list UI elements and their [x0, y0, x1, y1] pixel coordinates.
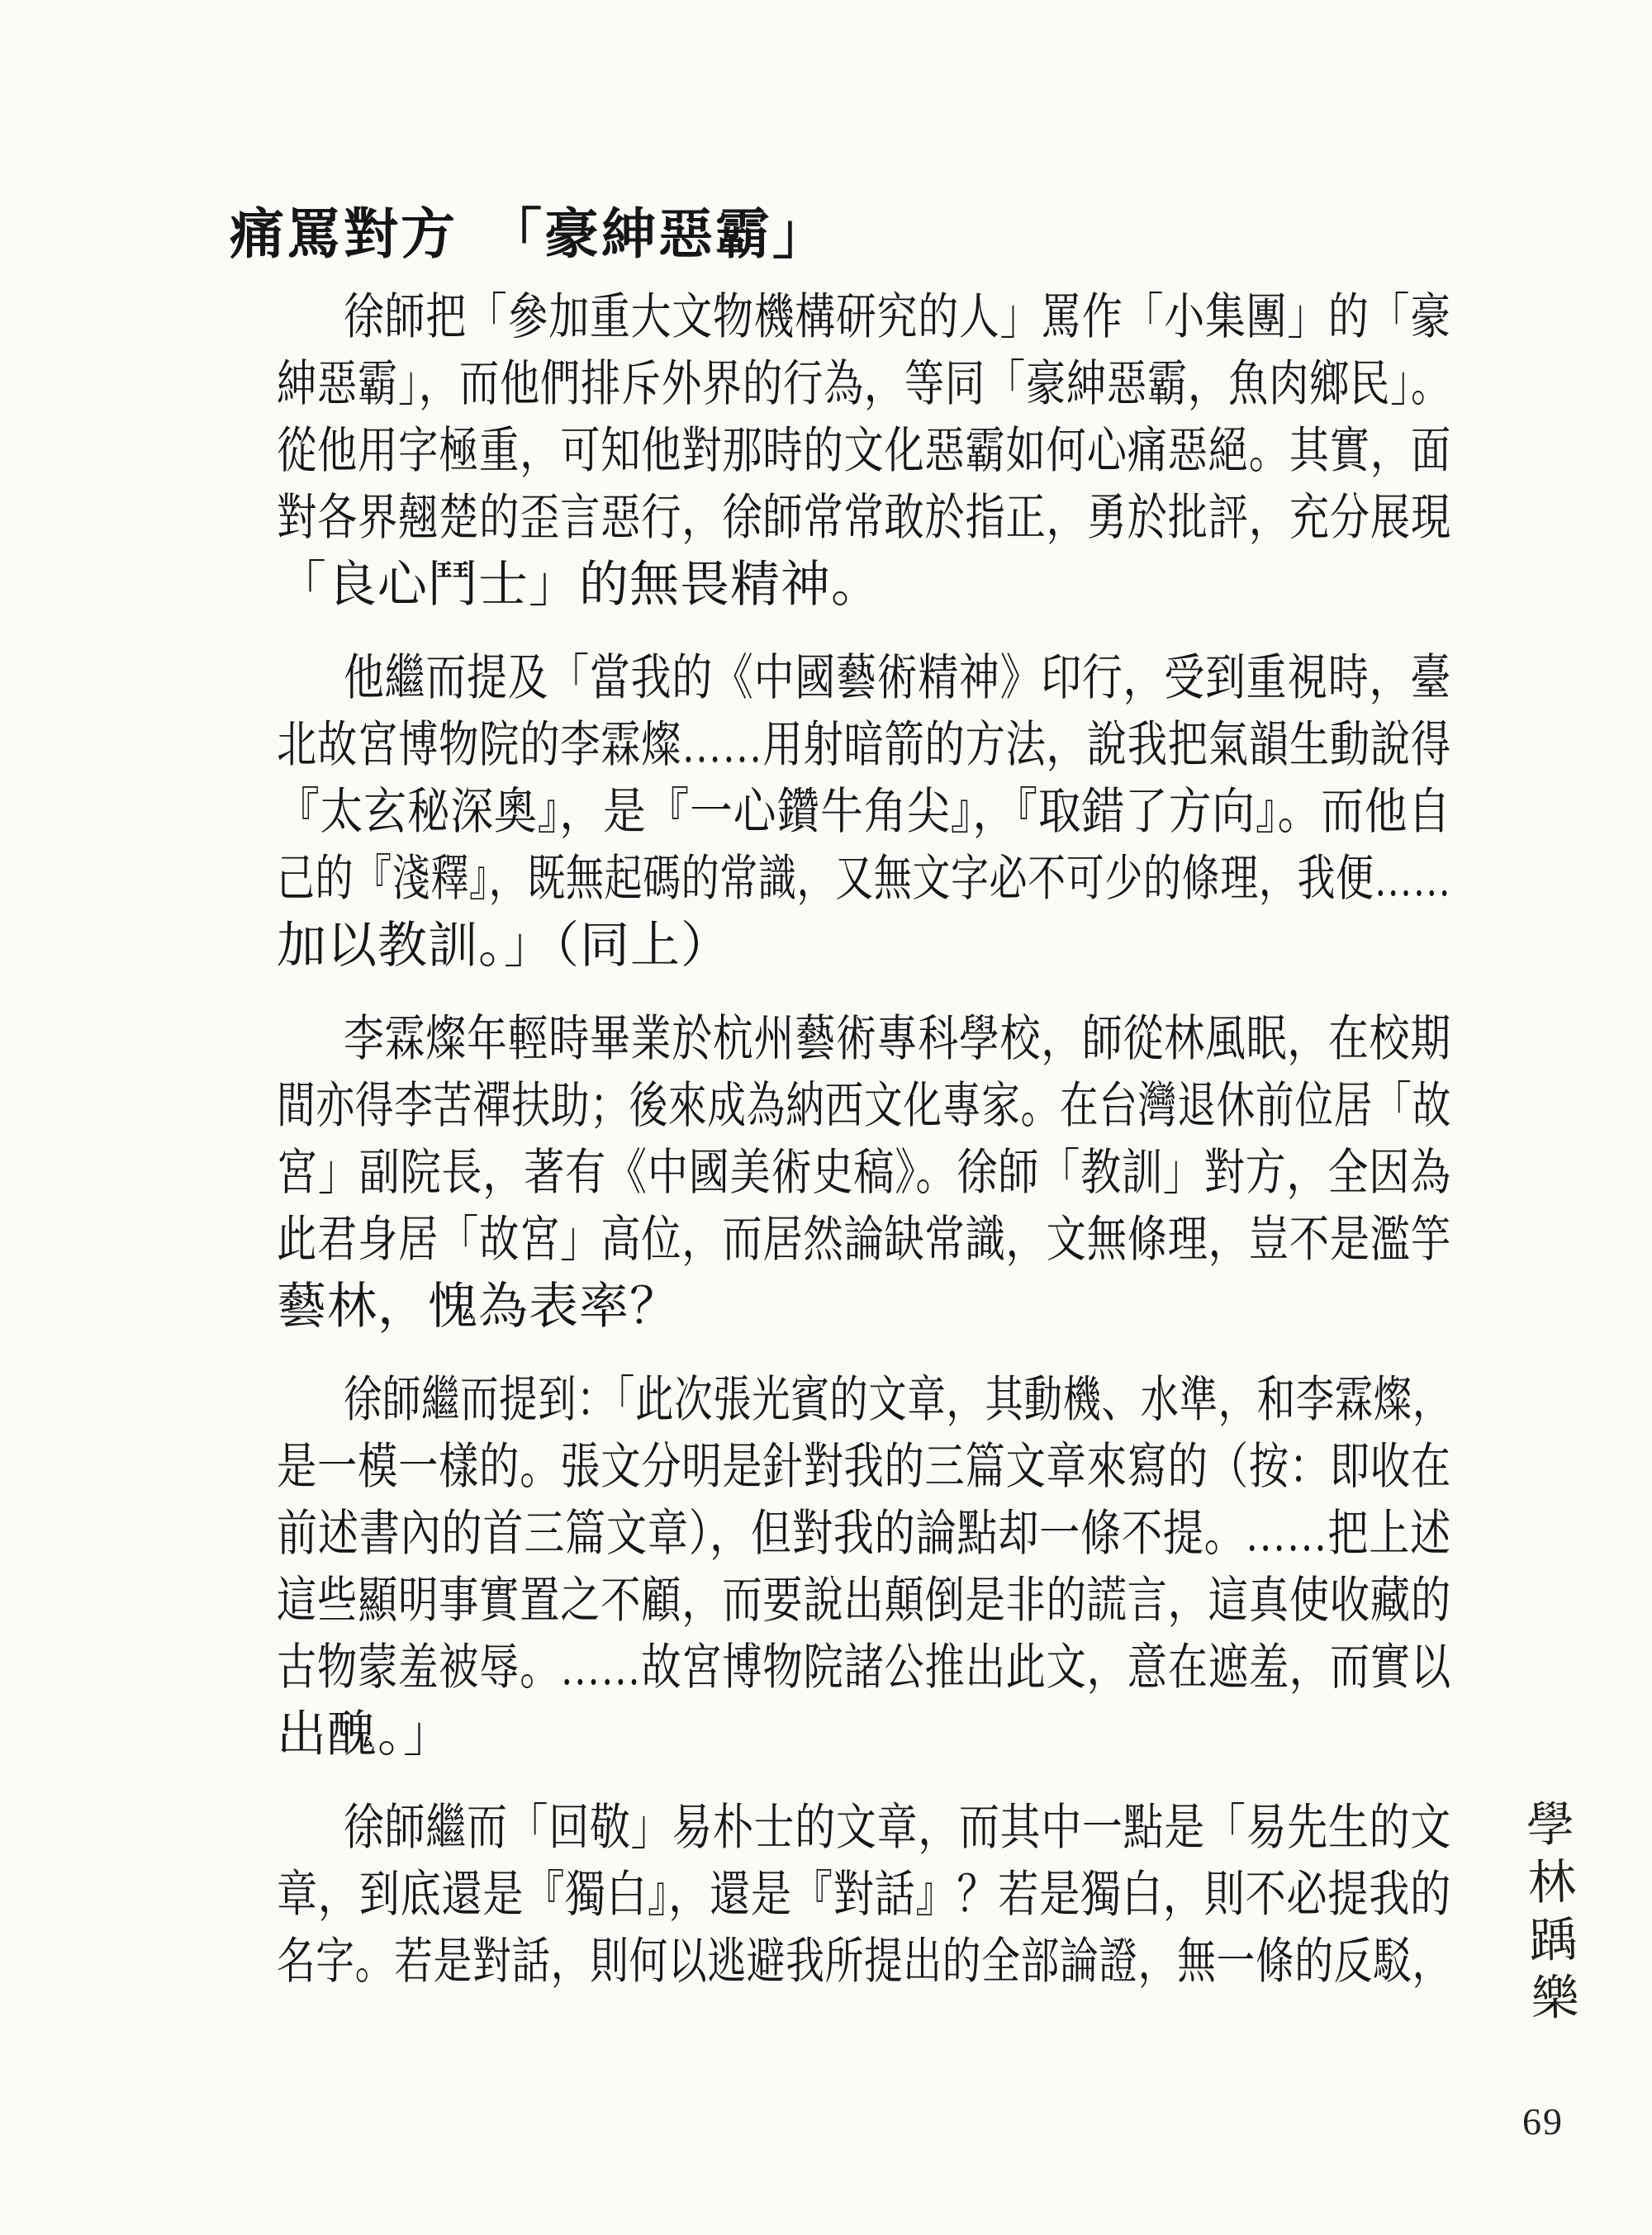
- text-line: 間亦得李苦禪扶助；後來成為納西文化專家。在台灣退休前位居「故: [277, 1073, 1451, 1140]
- text-line: 名字。若是對話，則何以逃避我所提出的全部論證，無一條的反駁，: [277, 1929, 1451, 1995]
- text-line: 徐師繼而「回敬」易朴士的文章，而其中一點是「易先生的文: [277, 1795, 1451, 1862]
- text-line: 此君身居「故宮」高位，而居然論缺常識，文無條理，豈不是濫竽: [277, 1207, 1451, 1274]
- text-line: 『太玄秘深奧』，是『一心鑽牛角尖』，『取錯了方向』。而他自: [277, 779, 1451, 846]
- text-line: 出醜。」: [277, 1701, 1451, 1768]
- text-line: 加以教訓。」（同上）: [277, 913, 1451, 980]
- text-line: 徐師繼而提到：「此次張光賓的文章，其動機、水準，和李霖燦，: [277, 1367, 1451, 1434]
- book-page: 痛罵對方 「豪紳惡霸」 徐師把「參加重大文物機構研究的人」罵作「小集團」的「豪紳…: [0, 0, 1652, 2235]
- text-line: 從他用字極重，可知他對那時的文化惡霸如何心痛惡絕。其實，面: [277, 418, 1451, 485]
- text-line: 己的『淺釋』，既無起碼的常識，又無文字必不可少的條理，我便……: [277, 846, 1451, 913]
- text-line: 「良心鬥士」的無畏精神。: [277, 552, 1451, 619]
- text-line: 是一模一樣的。張文分明是針對我的三篇文章來寫的（按：即收在: [277, 1434, 1451, 1501]
- text-line: 北故宮博物院的李霖燦……用射暗箭的方法，說我把氣韻生動說得: [277, 712, 1451, 779]
- text-line: 章，到底還是『獨白』，還是『對話』？若是獨白，則不必提我的: [277, 1862, 1451, 1929]
- section-heading: 痛罵對方 「豪紳惡霸」: [230, 190, 829, 268]
- paragraph: 徐師繼而「回敬」易朴士的文章，而其中一點是「易先生的文章，到底還是『獨白』，還是…: [277, 1795, 1451, 1995]
- page-number: 69: [1522, 2100, 1564, 2143]
- text-line: 這些顯明事實置之不顧，而要說出顛倒是非的謊言，這真使收藏的: [277, 1568, 1451, 1635]
- text-line: 他繼而提及「當我的《中國藝術精神》印行，受到重視時，臺: [277, 645, 1451, 712]
- text-line: 對各界翹楚的歪言惡行，徐師常常敢於指正，勇於批評，充分展現: [277, 485, 1451, 552]
- text-line: 宮」副院長，著有《中國美術史稿》。徐師「教訓」對方，全因為: [277, 1140, 1451, 1207]
- margin-calligraphy: 學林踽樂: [1510, 1798, 1585, 2031]
- paragraph: 李霖燦年輕時畢業於杭州藝術專科學校，師從林風眠，在校期間亦得李苦禪扶助；後來成為…: [277, 1006, 1451, 1341]
- text-line: 李霖燦年輕時畢業於杭州藝術專科學校，師從林風眠，在校期: [277, 1006, 1451, 1073]
- text-line: 前述書內的首三篇文章），但對我的論點却一條不提。……把上述: [277, 1501, 1451, 1568]
- text-line: 紳惡霸」，而他們排斥外界的行為，等同「豪紳惡霸，魚肉鄉民」。: [277, 351, 1451, 418]
- text-line: 藝林，愧為表率？: [277, 1274, 1451, 1341]
- text-line: 古物蒙羞被辱。……故宮博物院諸公推出此文，意在遮羞，而實以: [277, 1635, 1451, 1701]
- paragraph: 徐師把「參加重大文物機構研究的人」罵作「小集團」的「豪紳惡霸」，而他們排斥外界的…: [277, 284, 1451, 619]
- text-block: 徐師把「參加重大文物機構研究的人」罵作「小集團」的「豪紳惡霸」，而他們排斥外界的…: [277, 284, 1451, 2022]
- paragraph: 他繼而提及「當我的《中國藝術精神》印行，受到重視時，臺北故宮博物院的李霖燦……用…: [277, 645, 1451, 980]
- paragraph: 徐師繼而提到：「此次張光賓的文章，其動機、水準，和李霖燦，是一模一樣的。張文分明…: [277, 1367, 1451, 1768]
- text-line: 徐師把「參加重大文物機構研究的人」罵作「小集團」的「豪: [277, 284, 1451, 351]
